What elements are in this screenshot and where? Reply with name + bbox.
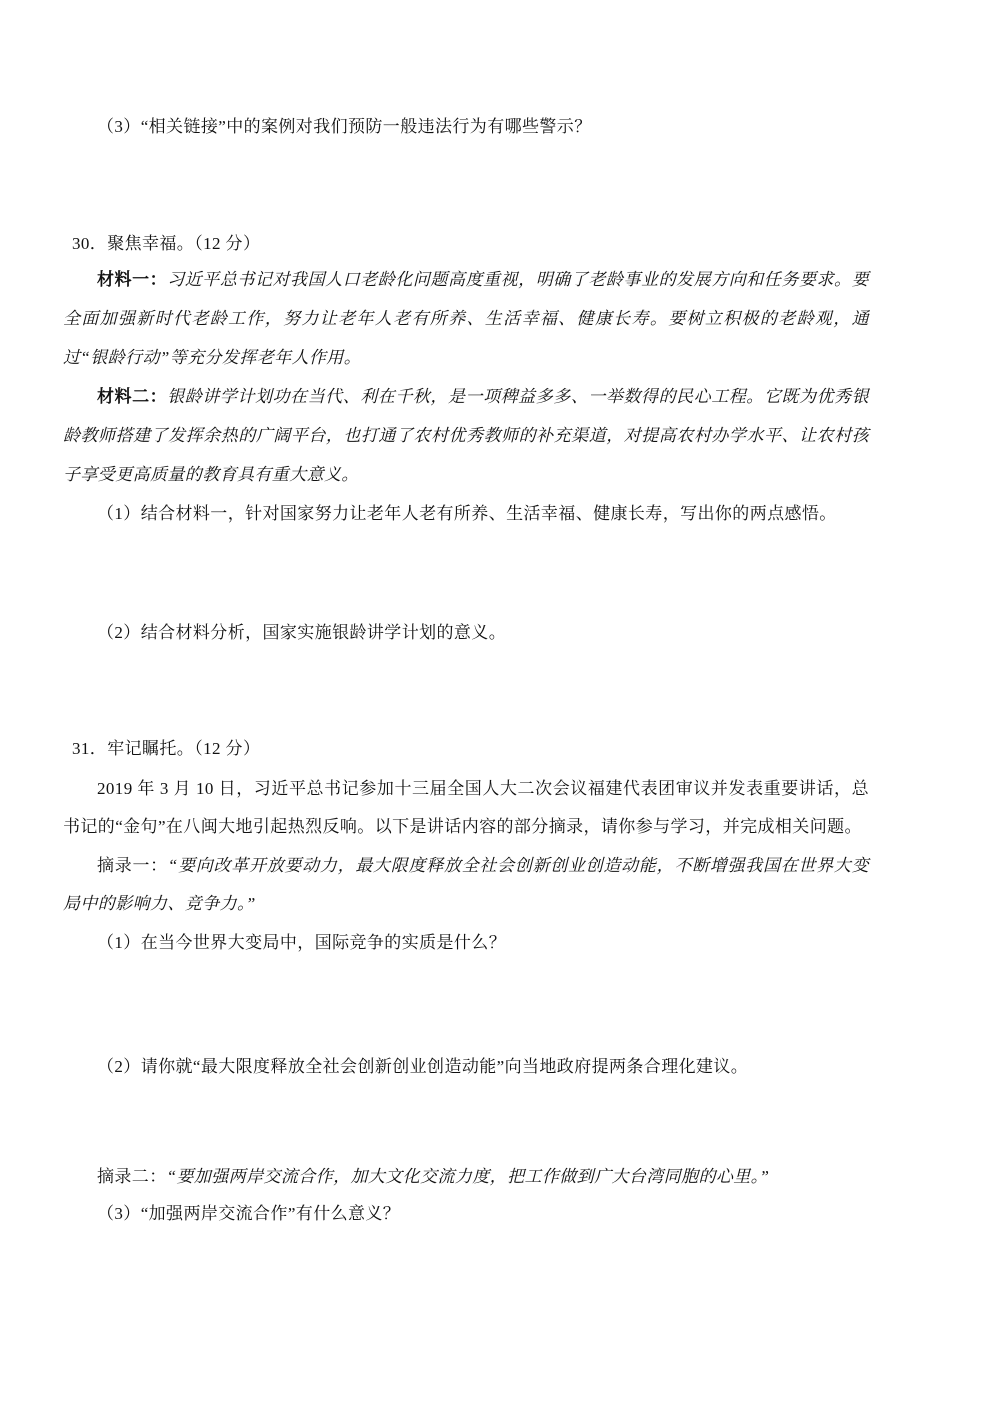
exam-paper-page: （3）“相关链接”中的案例对我们预防一般违法行为有哪些警示？ 30．聚焦幸福。（… xyxy=(0,0,992,1403)
question-29-part3: （3）“相关链接”中的案例对我们预防一般违法行为有哪些警示？ xyxy=(63,107,869,146)
material-2-text: 银龄讲学计划功在当代、利在千秋，是一项稗益多多、一举数得的民心工程。它既为优秀银… xyxy=(63,387,869,484)
question-31-part3: （3）“加强两岸交流合作”有什么意义？ xyxy=(63,1194,869,1233)
question-30-heading: 30．聚焦幸福。（12 分） xyxy=(72,224,878,263)
extract-2-text: “要加强两岸交流合作，加大文化交流力度，把工作做到广大台湾同胞的心里。” xyxy=(167,1167,770,1186)
question-31-intro: 2019 年 3 月 10 日，习近平总书记参加十三届全国人大二次会议福建代表团… xyxy=(63,770,869,846)
material-1-text: 习近平总书记对我国人口老龄化问题高度重视，明确了老龄事业的发展方向和任务要求。要… xyxy=(63,270,869,367)
question-31-extract-2: 摘录二：“要加强两岸交流合作，加大文化交流力度，把工作做到广大台湾同胞的心里。” xyxy=(63,1157,869,1196)
material-1-label: 材料一： xyxy=(97,270,167,289)
question-31-heading: 31．牢记瞩托。（12 分） xyxy=(72,729,878,768)
question-30-part2: （2）结合材料分析，国家实施银龄讲学计划的意义。 xyxy=(63,613,869,652)
question-31-part2: （2）请你就“最大限度释放全社会创新创业创造动能”向当地政府提两条合理化建议。 xyxy=(63,1047,869,1086)
extract-2-label: 摘录二： xyxy=(97,1167,167,1186)
extract-1-label: 摘录一： xyxy=(97,856,168,875)
question-31-extract-1: 摘录一：“要向改革开放要动力，最大限度释放全社会创新创业创造动能，不断增强我国在… xyxy=(63,847,869,923)
extract-1-text: “要向改革开放要动力，最大限度释放全社会创新创业创造动能，不断增强我国在世界大变… xyxy=(63,856,869,913)
question-30-material-1: 材料一：习近平总书记对我国人口老龄化问题高度重视，明确了老龄事业的发展方向和任务… xyxy=(63,260,869,377)
question-30-part1: （1）结合材料一，针对国家努力让老年人老有所养、生活幸福、健康长寿，写出你的两点… xyxy=(63,494,869,533)
question-30-material-2: 材料二：银龄讲学计划功在当代、利在千秋，是一项稗益多多、一举数得的民心工程。它既… xyxy=(63,377,869,494)
question-31-part1: （1）在当今世界大变局中，国际竞争的实质是什么？ xyxy=(63,923,869,962)
material-2-label: 材料二： xyxy=(97,387,167,406)
